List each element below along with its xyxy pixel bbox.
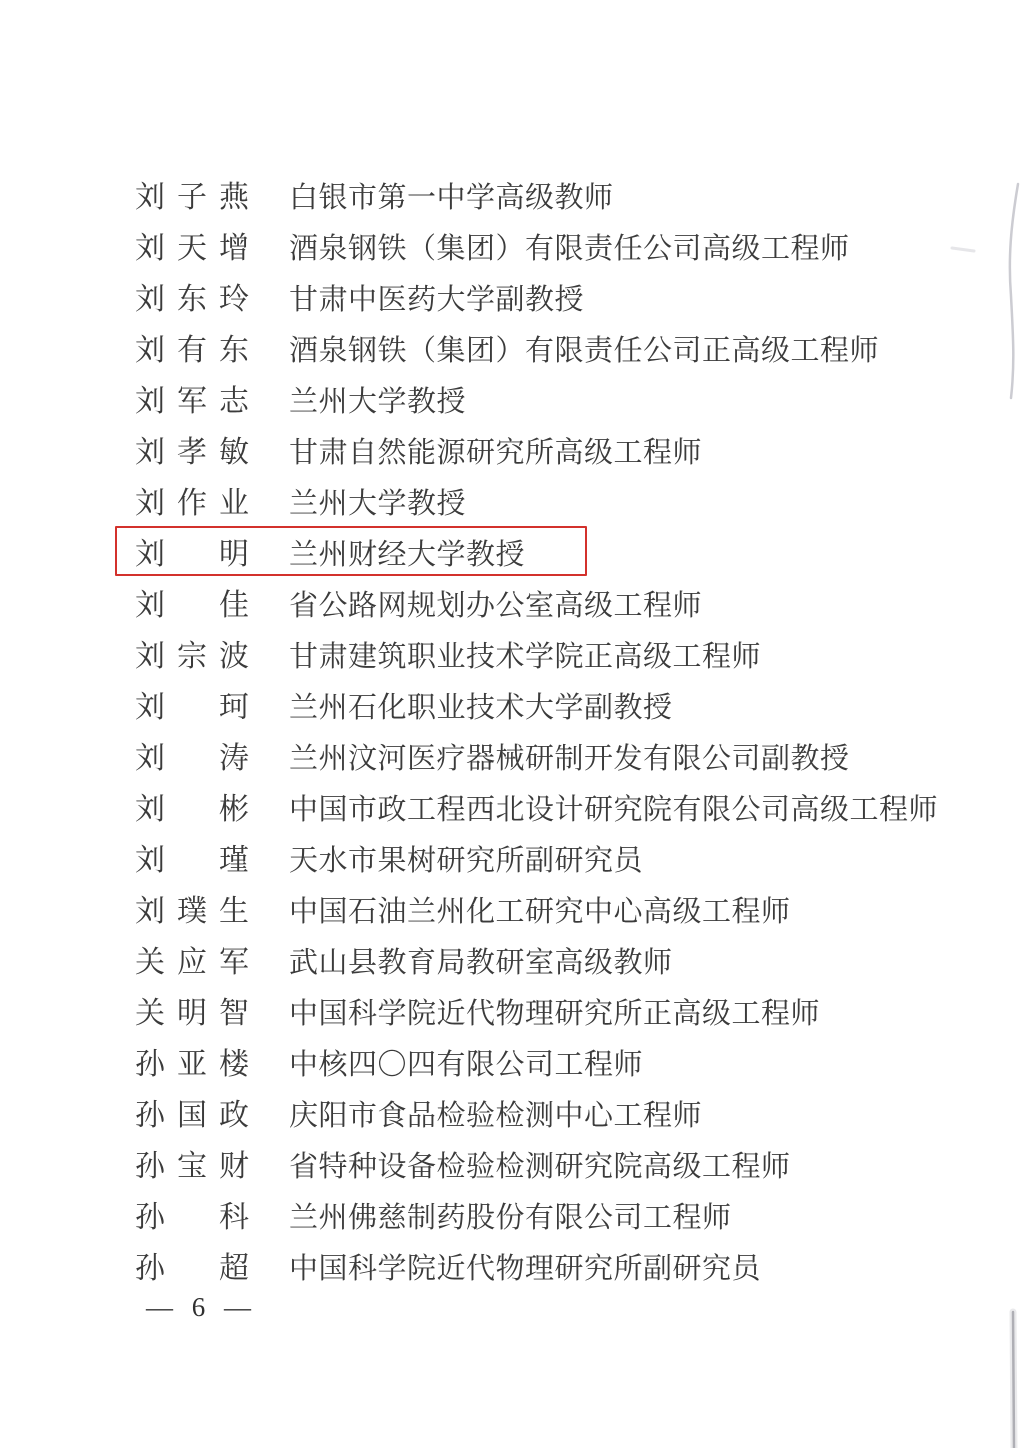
awardee-title: 中国科学院近代物理研究所正高级工程师 [289, 989, 820, 1040]
awardee-title: 武山县教育局教研室高级教师 [289, 938, 673, 989]
award-row: 关应军 武山县教育局教研室高级教师 [0, 937, 1024, 988]
awardee-name: 刘璞生 [135, 886, 285, 937]
awardee-name: 刘 涛 [135, 733, 285, 784]
scan-artifact-streak-halo [1013, 1312, 1014, 1448]
awardee-title: 兰州汶河医疗器械研制开发有限公司副教授 [289, 734, 850, 785]
award-row: 刘作业 兰州大学教授 [0, 478, 1024, 529]
award-row: 刘宗波 甘肃建筑职业技术学院正高级工程师 [0, 631, 1024, 682]
award-row: 刘 珂 兰州石化职业技术大学副教授 [0, 682, 1024, 733]
awardee-name: 刘 佳 [135, 580, 285, 631]
awardee-title: 兰州大学教授 [289, 377, 466, 428]
awardee-name: 孙 科 [135, 1192, 285, 1243]
award-row: 刘天增 酒泉钢铁（集团）有限责任公司高级工程师 [0, 223, 1024, 274]
awardee-name: 孙国政 [135, 1090, 285, 1141]
awardee-name: 孙宝财 [135, 1141, 285, 1192]
awardee-title: 酒泉钢铁（集团）有限责任公司正高级工程师 [289, 326, 879, 377]
page-number: — 6 — [146, 1292, 257, 1323]
awardee-title: 兰州石化职业技术大学副教授 [289, 683, 673, 734]
awardee-title: 庆阳市食品检验检测中心工程师 [289, 1091, 702, 1142]
award-row: 刘 佳 省公路网规划办公室高级工程师 [0, 580, 1024, 631]
awardee-title: 白银市第一中学高级教师 [289, 173, 614, 224]
awardee-name: 刘天增 [135, 223, 285, 274]
award-row: 刘 涛 兰州汶河医疗器械研制开发有限公司副教授 [0, 733, 1024, 784]
award-list: 刘子燕 白银市第一中学高级教师 刘天增 酒泉钢铁（集团）有限责任公司高级工程师 … [0, 172, 1024, 1294]
awardee-title: 中国市政工程西北设计研究院有限公司高级工程师 [289, 785, 938, 836]
awardee-title: 甘肃自然能源研究所高级工程师 [289, 428, 702, 479]
award-row: 孙 超 中国科学院近代物理研究所副研究员 [0, 1243, 1024, 1294]
scan-artifact-streak [1013, 1312, 1014, 1448]
awardee-name: 刘 珂 [135, 682, 285, 733]
awardee-name: 刘宗波 [135, 631, 285, 682]
award-row: 刘璞生 中国石油兰州化工研究中心高级工程师 [0, 886, 1024, 937]
awardee-title: 甘肃中医药大学副教授 [289, 275, 584, 326]
awardee-name: 刘军志 [135, 376, 285, 427]
awardee-name: 刘作业 [135, 478, 285, 529]
awardee-title: 中国科学院近代物理研究所副研究员 [289, 1244, 761, 1295]
awardee-name: 关明智 [135, 988, 285, 1039]
award-row: 孙国政 庆阳市食品检验检测中心工程师 [0, 1090, 1024, 1141]
award-row: 刘子燕 白银市第一中学高级教师 [0, 172, 1024, 223]
award-row: 刘 彬 中国市政工程西北设计研究院有限公司高级工程师 [0, 784, 1024, 835]
awardee-title: 兰州佛慈制药股份有限公司工程师 [289, 1193, 732, 1244]
award-row: 孙亚楼 中核四〇四有限公司工程师 [0, 1039, 1024, 1090]
awardee-name: 孙亚楼 [135, 1039, 285, 1090]
award-row: 孙宝财 省特种设备检验检测研究院高级工程师 [0, 1141, 1024, 1192]
awardee-name: 刘有东 [135, 325, 285, 376]
awardee-title: 天水市果树研究所副研究员 [289, 836, 643, 887]
awardee-title: 中核四〇四有限公司工程师 [289, 1040, 643, 1091]
awardee-title: 甘肃建筑职业技术学院正高级工程师 [289, 632, 761, 683]
award-row: 刘有东 酒泉钢铁（集团）有限责任公司正高级工程师 [0, 325, 1024, 376]
awardee-name: 孙 超 [135, 1243, 285, 1294]
awardee-title: 兰州大学教授 [289, 479, 466, 530]
document-page: 刘子燕 白银市第一中学高级教师 刘天增 酒泉钢铁（集团）有限责任公司高级工程师 … [0, 0, 1024, 1448]
award-row: 刘 瑾 天水市果树研究所副研究员 [0, 835, 1024, 886]
awardee-name: 关应军 [135, 937, 285, 988]
award-row: 刘 明 兰州财经大学教授 [0, 529, 1024, 580]
awardee-title: 中国石油兰州化工研究中心高级工程师 [289, 887, 791, 938]
awardee-name: 刘子燕 [135, 172, 285, 223]
awardee-name: 刘 彬 [135, 784, 285, 835]
award-row: 孙 科 兰州佛慈制药股份有限公司工程师 [0, 1192, 1024, 1243]
awardee-title: 省特种设备检验检测研究院高级工程师 [289, 1142, 791, 1193]
award-row: 关明智 中国科学院近代物理研究所正高级工程师 [0, 988, 1024, 1039]
awardee-name: 刘 瑾 [135, 835, 285, 886]
award-row: 刘孝敏 甘肃自然能源研究所高级工程师 [0, 427, 1024, 478]
awardee-name: 刘孝敏 [135, 427, 285, 478]
awardee-title: 酒泉钢铁（集团）有限责任公司高级工程师 [289, 224, 850, 275]
award-row: 刘军志 兰州大学教授 [0, 376, 1024, 427]
award-row: 刘东玲 甘肃中医药大学副教授 [0, 274, 1024, 325]
awardee-name: 刘东玲 [135, 274, 285, 325]
awardee-name: 刘 明 [135, 529, 285, 580]
awardee-title: 兰州财经大学教授 [289, 530, 525, 581]
awardee-title: 省公路网规划办公室高级工程师 [289, 581, 702, 632]
